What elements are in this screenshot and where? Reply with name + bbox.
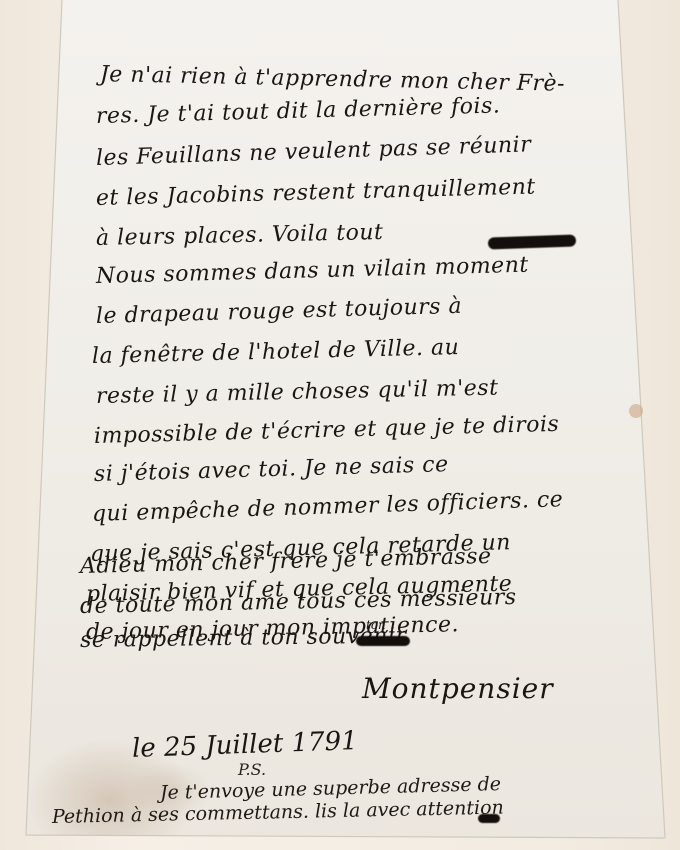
postscript-struck-word [478,814,500,823]
inserted-word: ton [366,618,386,632]
postscript-mark: P.S. [238,760,266,779]
struck-word-votre [356,636,410,646]
signature: Montpensier [362,672,554,705]
letter-line-17: de toute mon ame tous ces messieurs [80,585,517,619]
letter-farewell: Adieu mon cher frere je t'embrasse de to… [0,0,680,850]
letter-line-16: Adieu mon cher frere je t'embrasse [80,544,492,579]
